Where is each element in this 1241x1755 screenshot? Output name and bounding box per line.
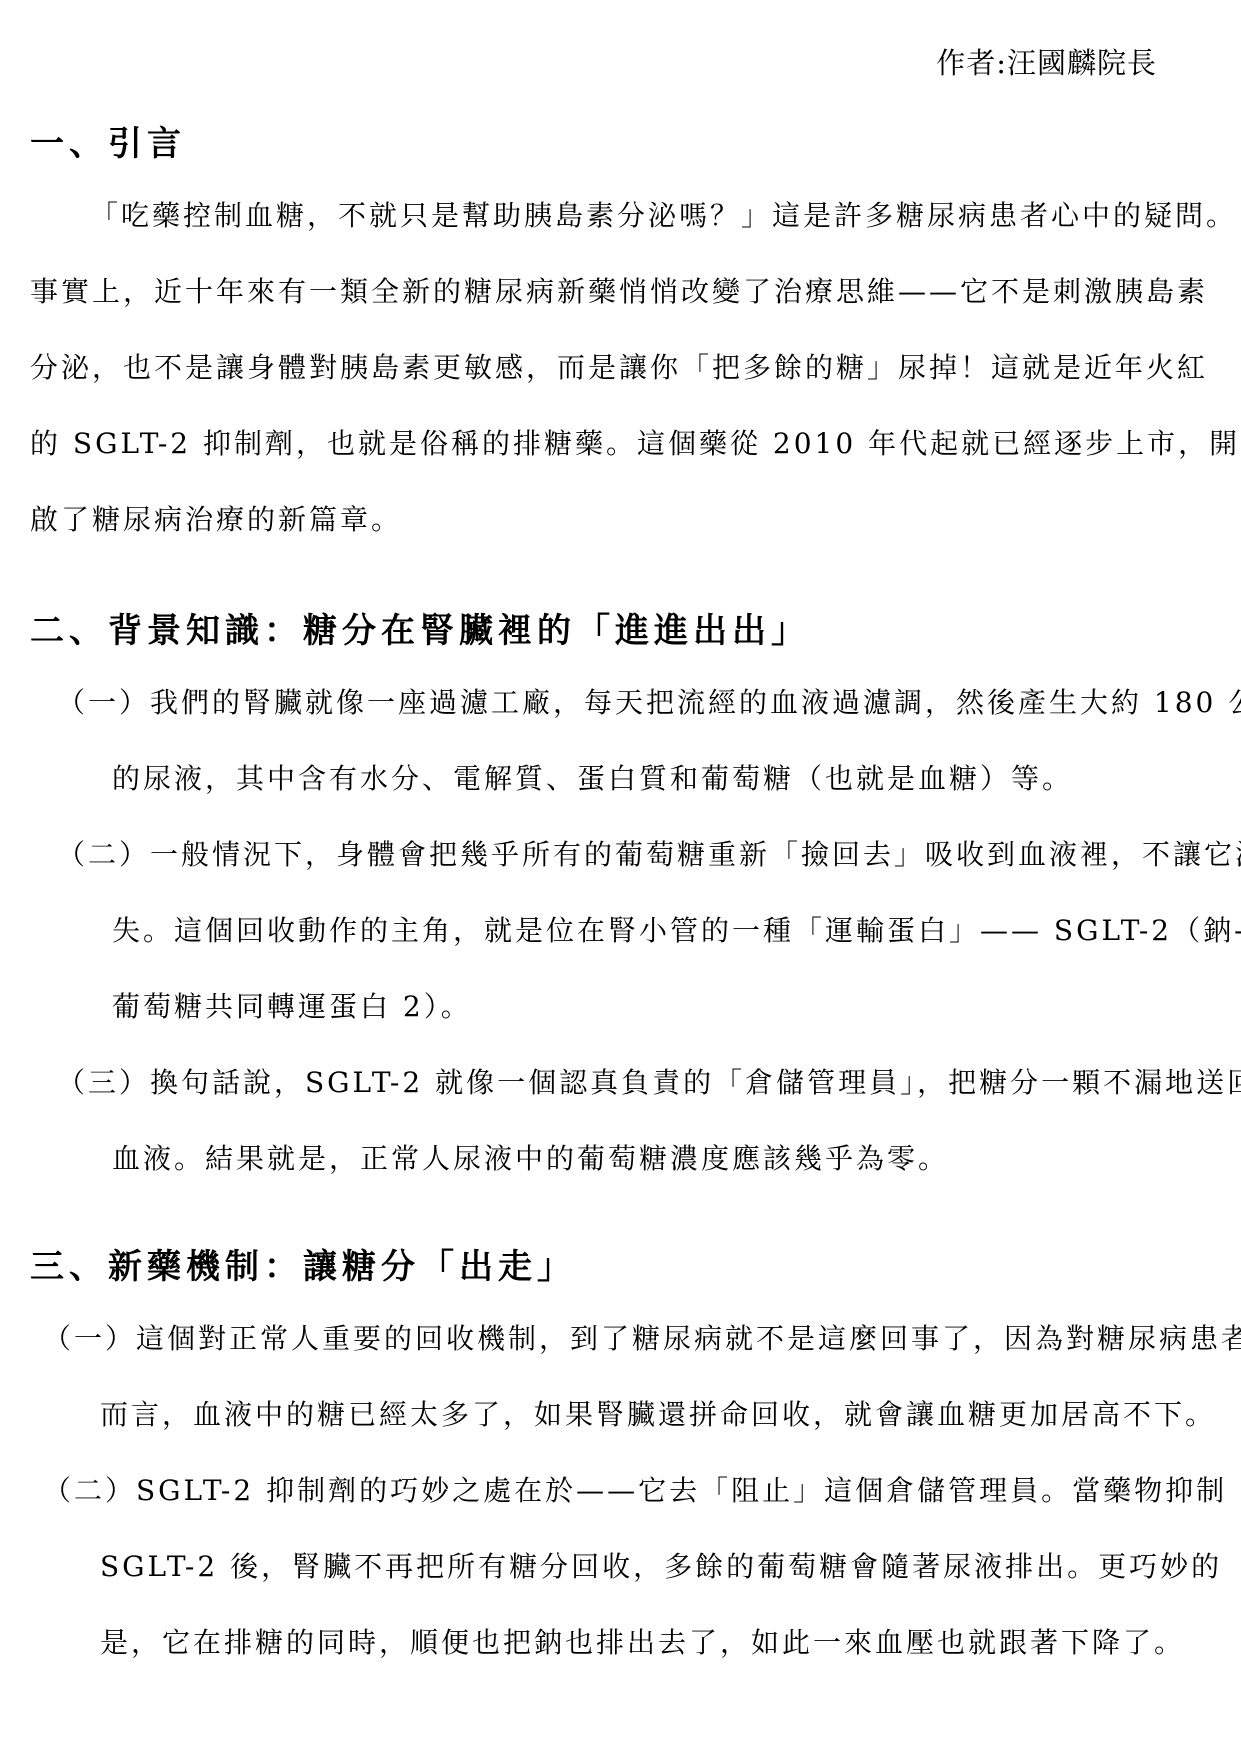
section-2-heading: 二、背景知識：糖分在腎臟裡的「進進出出」 [30,597,1210,665]
list-item-line: （二）一般情況下，身體會把幾乎所有的葡萄糖重新「撿回去」吸收到血液裡，不讓它流 [57,817,1210,893]
list-item-line: 的尿液，其中含有水分、電解質、蛋白質和葡萄糖（也就是血糖）等。 [112,741,1210,817]
section-3-heading: 三、新藥機制：讓糖分「出走」 [30,1233,1210,1301]
document-page: 作者:汪國麟院長 一、引言 「吃藥控制血糖，不就只是幫助胰島素分泌嗎？」這是許多… [0,0,1241,1755]
list-item-line: （一）這個對正常人重要的回收機制，到了糖尿病就不是這麼回事了，因為對糖尿病患者 [43,1301,1210,1377]
intro-paragraph-line: 事實上，近十年來有一類全新的糖尿病新藥悄悄改變了治療思維——它不是刺激胰島素 [30,254,1210,330]
list-item-line: 葡萄糖共同轉運蛋白 2）。 [112,969,1210,1045]
list-item-line: 而言，血液中的糖已經太多了，如果腎臟還拼命回收，就會讓血糖更加居高不下。 [100,1377,1210,1453]
section-1-heading: 一、引言 [30,110,1210,178]
list-item-line: 失。這個回收動作的主角，就是位在腎小管的一種「運輸蛋白」—— SGLT-2（鈉- [112,893,1210,969]
intro-paragraph-line: 的 SGLT-2 抑制劑，也就是俗稱的排糖藥。這個藥從 2010 年代起就已經逐… [30,406,1210,482]
intro-paragraph-line: 啟了糖尿病治療的新篇章。 [30,482,1210,558]
list-item-line: 血液。結果就是，正常人尿液中的葡萄糖濃度應該幾乎為零。 [112,1121,1210,1197]
intro-paragraph-line: 「吃藥控制血糖，不就只是幫助胰島素分泌嗎？」這是許多糖尿病患者心中的疑問。 [30,178,1210,254]
list-item-line: （一）我們的腎臟就像一座過濾工廠，每天把流經的血液過濾調，然後產生大約 180 … [57,665,1210,741]
author-line: 作者:汪國麟院長 [30,25,1157,101]
list-item-line: （二）SGLT-2 抑制劑的巧妙之處在於——它去「阻止」這個倉儲管理員。當藥物抑… [43,1453,1210,1529]
intro-paragraph-line: 分泌，也不是讓身體對胰島素更敏感，而是讓你「把多餘的糖」尿掉！這就是近年火紅 [30,330,1210,406]
list-item-line: （三）換句話說，SGLT-2 就像一個認真負責的「倉儲管理員」，把糖分一顆不漏地… [57,1045,1210,1121]
list-item-line: SGLT-2 後，腎臟不再把所有糖分回收，多餘的葡萄糖會隨著尿液排出。更巧妙的 [100,1529,1210,1605]
list-item-line: 是，它在排糖的同時，順便也把鈉也排出去了，如此一來血壓也就跟著下降了。 [100,1605,1210,1681]
